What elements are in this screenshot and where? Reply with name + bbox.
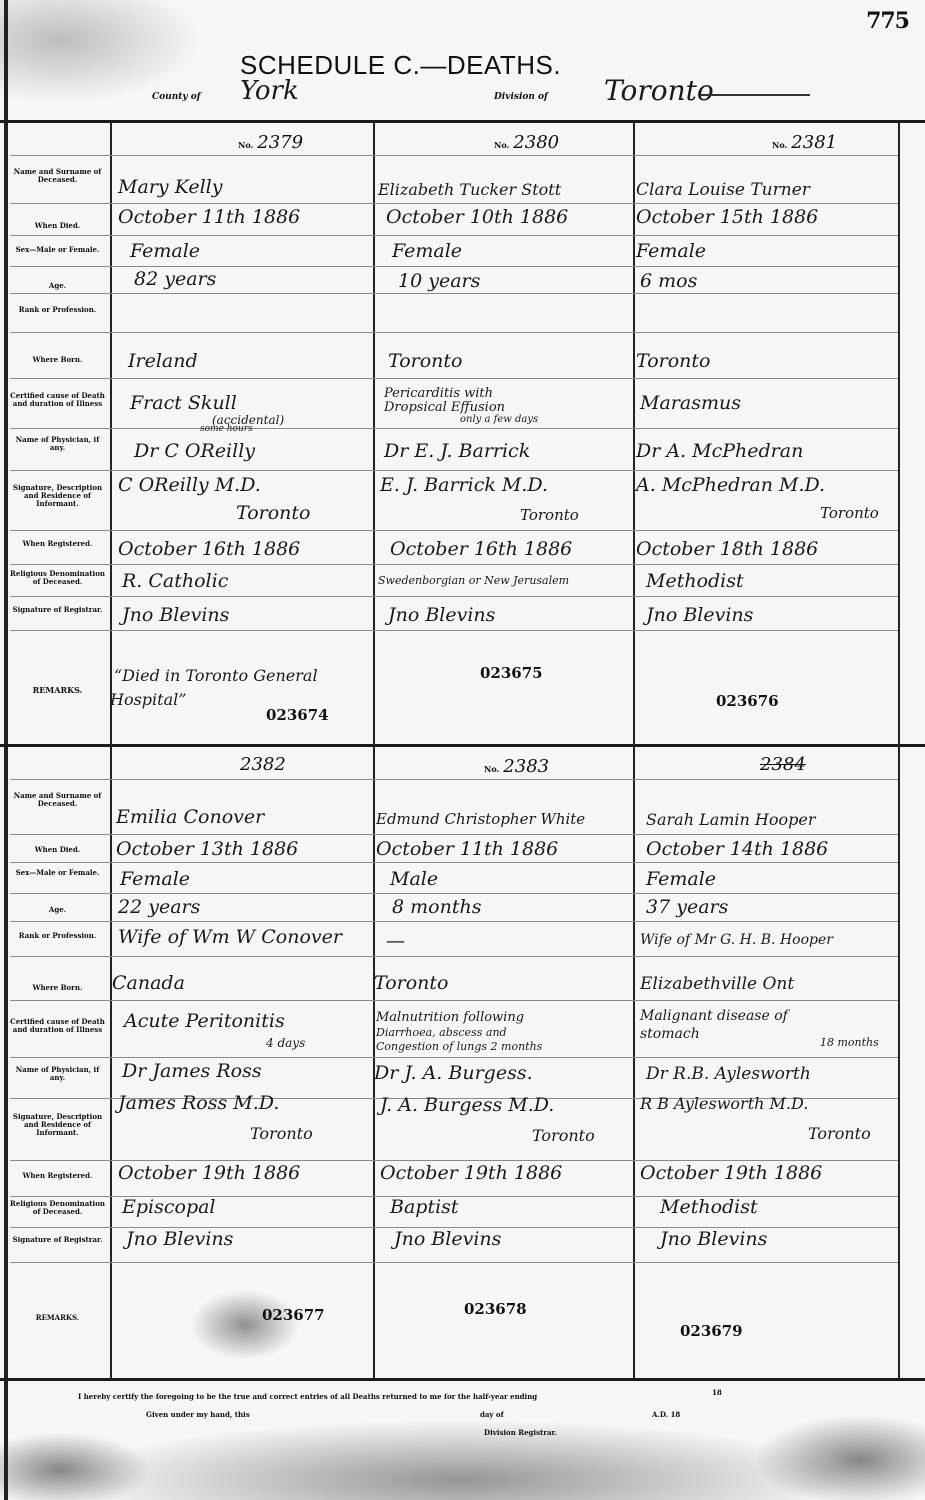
cause-of-death: Pericarditis with <box>384 386 493 401</box>
county-label: County of <box>152 92 201 102</box>
division-registrar-label: Division Registrar. <box>484 1428 557 1437</box>
registration-date: October 16th 1886 <box>390 538 572 560</box>
physician: Dr J. A. Burgess. <box>374 1062 533 1084</box>
illness-duration: only a few days <box>460 414 538 425</box>
division-value: Toronto <box>604 74 714 107</box>
row-rule <box>10 470 898 471</box>
record-stamp: 023675 <box>480 664 543 682</box>
row-rule <box>10 921 898 922</box>
informant-residence: Toronto <box>820 504 879 522</box>
illness-duration: 4 days <box>266 1036 305 1050</box>
label-registrar: Signature of Registrar. <box>10 606 105 614</box>
birthplace: Toronto <box>374 972 448 994</box>
date-of-death: October 15th 1886 <box>636 206 818 228</box>
informant: James Ross M.D. <box>118 1092 279 1114</box>
label-when-registered: When Registered. <box>10 1172 105 1180</box>
section-divider-rule <box>0 744 925 747</box>
label-age: Age. <box>10 906 105 914</box>
record-stamp: 023679 <box>680 1322 743 1340</box>
birthplace: Elizabethville Ont <box>640 974 794 994</box>
illness-duration: 18 months <box>820 1036 879 1049</box>
label-name: Name and Surname of Deceased. <box>10 792 105 808</box>
table-bottom-rule <box>0 1378 925 1381</box>
birthplace: Toronto <box>388 350 462 372</box>
religion: R. Catholic <box>122 570 228 592</box>
informant: J. A. Burgess M.D. <box>380 1094 554 1116</box>
informant-residence: Toronto <box>520 506 579 524</box>
deceased-name: Mary Kelly <box>118 176 222 198</box>
illness-duration: some hours <box>200 424 253 434</box>
row-rule <box>10 332 898 333</box>
religion: Methodist <box>646 570 744 592</box>
row-rule <box>10 893 898 894</box>
age: 22 years <box>118 896 200 918</box>
deceased-name: Edmund Christopher White <box>376 810 585 828</box>
sex: Female <box>120 868 190 890</box>
cause-of-death: Malignant disease of <box>640 1008 788 1024</box>
record-number: No.2381 <box>772 132 837 153</box>
deceased-name: Sarah Lamin Hooper <box>646 810 816 829</box>
age: 10 years <box>398 270 480 292</box>
row-rule <box>10 293 898 294</box>
informant: C OReilly M.D. <box>118 474 261 496</box>
deceased-name: Emilia Conover <box>116 806 264 828</box>
record-number: 2382 <box>240 754 286 775</box>
label-rank: Rank or Profession. <box>10 932 105 940</box>
deceased-name: Elizabeth Tucker Stott <box>378 180 561 199</box>
record-number: 2384 <box>760 754 806 775</box>
label-where-born: Where Born. <box>10 984 105 992</box>
cause-of-death-cont: Dropsical Effusion <box>384 400 505 415</box>
row-rule <box>10 1160 898 1161</box>
ad-label: A.D. 18 <box>652 1410 680 1419</box>
date-of-death: October 13th 1886 <box>116 838 298 860</box>
record-stamp: 023677 <box>262 1306 325 1324</box>
page-edge <box>4 0 8 1500</box>
sex: Female <box>636 240 706 262</box>
date-of-death: October 10th 1886 <box>386 206 568 228</box>
day-of-label: day of <box>480 1410 504 1419</box>
ink-smudge <box>190 1290 300 1360</box>
informant: A. McPhedran M.D. <box>636 474 825 496</box>
record-number: No.2380 <box>494 132 559 153</box>
registrar-signature: Jno Blevins <box>122 604 229 626</box>
religion: Episcopal <box>122 1196 216 1218</box>
remarks-cont: Hospital” <box>110 690 186 709</box>
informant-residence: Toronto <box>532 1126 595 1145</box>
date-of-death: October 14th 1886 <box>646 838 828 860</box>
division-flourish <box>700 94 810 96</box>
registrar-signature: Jno Blevins <box>660 1228 767 1250</box>
label-physician: Name of Physician, if any. <box>10 436 105 452</box>
registration-date: October 19th 1886 <box>380 1162 562 1184</box>
label-informant: Signature, Description and Residence of … <box>10 484 105 508</box>
row-rule <box>10 956 898 957</box>
registration-date: October 19th 1886 <box>640 1162 822 1184</box>
label-age: Age. <box>10 282 105 290</box>
profession: — <box>386 930 405 952</box>
birthplace: Ireland <box>128 350 198 372</box>
informant: R B Aylesworth M.D. <box>640 1094 808 1113</box>
registration-date: October 19th 1886 <box>118 1162 300 1184</box>
label-when-died: When Died. <box>10 222 105 230</box>
row-rule <box>10 155 898 156</box>
label-sex: Sex—Male or Female. <box>10 869 105 877</box>
profession: Wife of Mr G. H. B. Hooper <box>640 932 833 948</box>
registrar-signature: Jno Blevins <box>126 1228 233 1250</box>
death-register-page: 775 SCHEDULE C.—DEATHS. County of York D… <box>0 0 925 1500</box>
row-rule <box>10 564 898 565</box>
label-informant: Signature, Description and Residence of … <box>10 1113 105 1137</box>
date-of-death: October 11th 1886 <box>376 838 558 860</box>
remarks: “Died in Toronto General <box>114 666 318 685</box>
cause-of-death: Fract Skull <box>130 392 237 414</box>
religion: Swedenborgian or New Jerusalem <box>378 574 569 587</box>
row-rule <box>10 1000 898 1001</box>
row-rule <box>10 378 898 379</box>
registrar-signature: Jno Blevins <box>388 604 495 626</box>
sex: Female <box>130 240 200 262</box>
label-physician: Name of Physician, if any. <box>10 1066 105 1082</box>
label-rank: Rank or Profession. <box>10 306 105 314</box>
row-rule <box>10 530 898 531</box>
record-stamp: 023678 <box>464 1300 527 1318</box>
informant: E. J. Barrick M.D. <box>380 474 548 496</box>
column-divider-3 <box>898 122 900 1378</box>
table-top-rule <box>0 120 925 123</box>
row-rule <box>10 1057 898 1058</box>
sex: Female <box>392 240 462 262</box>
record-number: No.2379 <box>238 132 303 153</box>
birthplace: Canada <box>112 972 185 994</box>
division-label: Division of <box>494 92 548 102</box>
label-where-born: Where Born. <box>10 356 105 364</box>
column-divider-1 <box>373 122 375 1378</box>
birthplace: Toronto <box>636 350 710 372</box>
certification-text: I hereby certify the foregoing to be the… <box>78 1392 537 1401</box>
cause-of-death-cont: Diarrhoea, abscess and <box>376 1026 507 1039</box>
cause-of-death: Acute Peritonitis <box>124 1010 285 1032</box>
informant-residence: Toronto <box>250 1124 313 1143</box>
record-number: No.2383 <box>484 756 549 777</box>
age: 82 years <box>134 268 216 290</box>
label-registrar: Signature of Registrar. <box>10 1236 105 1244</box>
physician: Dr E. J. Barrick <box>384 440 530 462</box>
record-stamp: 023676 <box>716 692 779 710</box>
deceased-name: Clara Louise Turner <box>636 180 810 200</box>
age: 6 mos <box>640 270 697 292</box>
date-of-death: October 11th 1886 <box>118 206 300 228</box>
cause-of-death-cont: stomach <box>640 1026 700 1042</box>
registration-date: October 18th 1886 <box>636 538 818 560</box>
label-when-registered: When Registered. <box>10 540 105 548</box>
cause-of-death: Marasmus <box>640 392 741 414</box>
label-religion: Religious Denomination of Deceased. <box>10 1200 105 1216</box>
column-divider-labels <box>110 122 112 1378</box>
label-cause: Certified cause of Death and duration of… <box>10 1018 105 1034</box>
label-remarks: REMARKS. <box>10 1314 105 1322</box>
sex: Female <box>646 868 716 890</box>
label-when-died: When Died. <box>10 846 105 854</box>
row-rule <box>10 834 898 835</box>
age: 37 years <box>646 896 728 918</box>
page-number: 775 <box>866 8 909 34</box>
column-divider-2 <box>633 122 635 1378</box>
profession: Wife of Wm W Conover <box>118 926 342 948</box>
cause-of-death-cont: Congestion of lungs 2 months <box>376 1040 542 1053</box>
row-rule <box>10 1262 898 1263</box>
label-sex: Sex—Male or Female. <box>10 246 105 254</box>
record-stamp: 023674 <box>266 706 329 724</box>
label-religion: Religious Denomination of Deceased. <box>10 570 105 586</box>
row-rule <box>10 862 898 863</box>
county-value: York <box>240 76 299 106</box>
row-rule <box>10 428 898 429</box>
physician: Dr C OReilly <box>134 440 255 462</box>
row-rule <box>10 630 898 631</box>
informant-residence: Toronto <box>236 502 310 524</box>
label-cause: Certified cause of Death and duration of… <box>10 392 105 408</box>
registration-date: October 16th 1886 <box>118 538 300 560</box>
age: 8 months <box>392 896 481 918</box>
row-rule <box>10 596 898 597</box>
religion: Baptist <box>390 1196 459 1218</box>
row-rule <box>10 779 898 780</box>
label-remarks: REMARKS. <box>10 686 105 694</box>
row-rule <box>10 266 898 267</box>
physician: Dr James Ross <box>122 1060 262 1082</box>
year-suffix: 18 <box>712 1388 722 1397</box>
cause-of-death: Malnutrition following <box>376 1010 524 1025</box>
row-rule <box>10 235 898 236</box>
sex: Male <box>390 868 438 890</box>
physician: Dr A. McPhedran <box>636 440 803 462</box>
label-name: Name and Surname of Deceased. <box>10 168 105 184</box>
physician: Dr R.B. Aylesworth <box>646 1064 811 1084</box>
row-rule <box>10 203 898 204</box>
religion: Methodist <box>660 1196 758 1218</box>
informant-residence: Toronto <box>808 1124 871 1143</box>
registrar-signature: Jno Blevins <box>646 604 753 626</box>
given-under-hand: Given under my hand, this <box>146 1410 250 1419</box>
registrar-signature: Jno Blevins <box>394 1228 501 1250</box>
